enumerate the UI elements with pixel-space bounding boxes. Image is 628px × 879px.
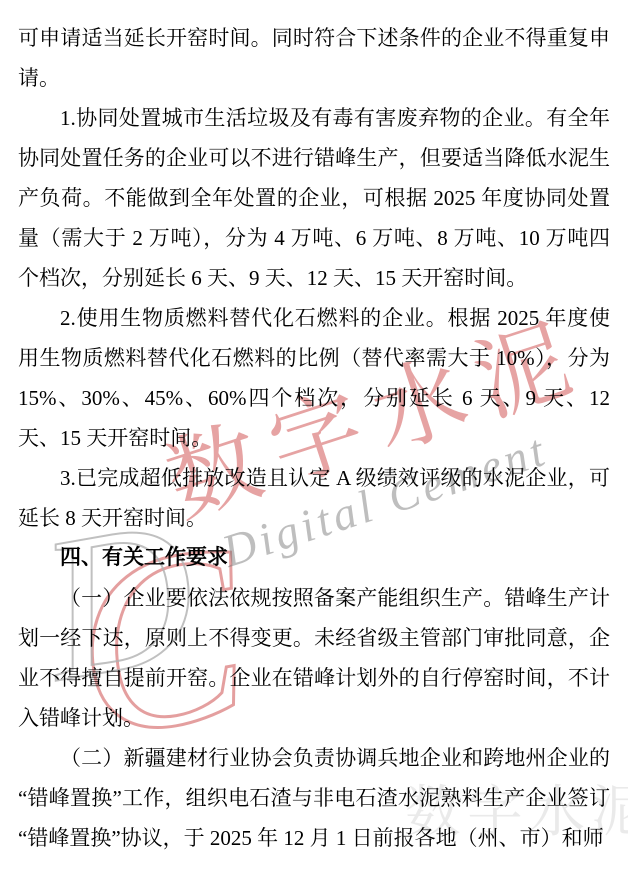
section-heading-work-requirements: 四、有关工作要求 <box>18 538 610 578</box>
paragraph-item-2-biomass-fuel: 2.使用生物质燃料替代化石燃料的企业。根据 2025 年度使用生物质燃料替代化石… <box>18 298 610 458</box>
paragraph-requirement-2: （二）新疆建材行业协会负责协调兵地企业和跨地州企业的“错峰置换”工作，组织电石渣… <box>18 738 610 858</box>
document-body: 可申请适当延长开窑时间。同时符合下述条件的企业不得重复申请。 1.协同处置城市生… <box>0 0 628 858</box>
paragraph-item-3-ultra-low-emission: 3.已完成超低排放改造且认定 A 级绩效评级的水泥企业，可延长 8 天开窑时间。 <box>18 458 610 538</box>
paragraph-requirement-1: （一）企业要依法依规按照备案产能组织生产。错峰生产计划一经下达，原则上不得变更。… <box>18 578 610 738</box>
paragraph-item-1-waste-coprocessing: 1.协同处置城市生活垃圾及有毒有害废弃物的企业。有全年协同处置任务的企业可以不进… <box>18 98 610 298</box>
document-page: C D 数字水泥 Digital Cement 数字水泥 可申请适当延长开窑时间… <box>0 0 628 879</box>
paragraph-continuation: 可申请适当延长开窑时间。同时符合下述条件的企业不得重复申请。 <box>18 18 610 98</box>
